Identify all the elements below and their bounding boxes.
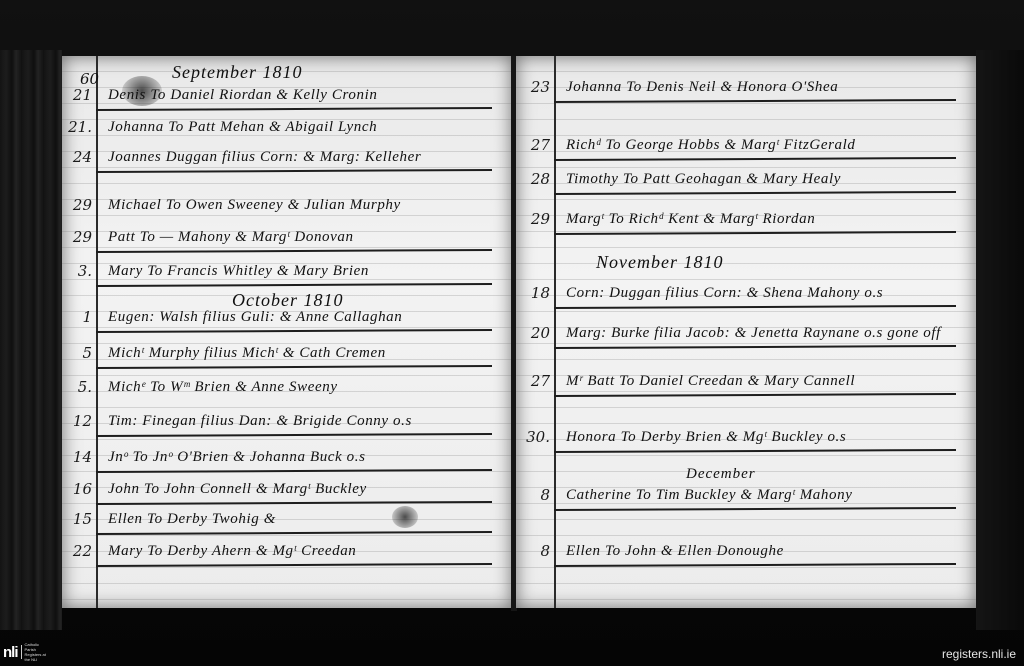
entry-text: Johanna To Patt Mehan & Abigail Lynch bbox=[98, 119, 512, 136]
register-entry: 12 Tim: Finegan filius Dan: & Brigide Co… bbox=[62, 412, 512, 430]
register-entry: 24 Joannes Duggan filius Corn: & Marg: K… bbox=[62, 148, 512, 166]
entry-day: 21 bbox=[62, 86, 98, 104]
entry-text: Ellen To Derby Twohig & bbox=[98, 511, 512, 528]
entry-day: 23 bbox=[516, 78, 556, 96]
entry-day: 28 bbox=[516, 170, 556, 188]
entry-text: John To John Connell & Margᵗ Buckley bbox=[98, 481, 512, 498]
entry-text: Corn: Duggan filius Corn: & Shena Mahony… bbox=[556, 285, 976, 302]
entry-text: Honora To Derby Brien & Mgᵗ Buckley o.s bbox=[556, 429, 976, 446]
register-entry: 14 Jnᵒ To Jnᵒ O'Brien & Johanna Buck o.s bbox=[62, 448, 512, 466]
entry-text: Joannes Duggan filius Corn: & Marg: Kell… bbox=[98, 149, 512, 166]
entry-text: Mʳ Batt To Daniel Creedan & Mary Cannell bbox=[556, 373, 976, 390]
entry-text: Michᵉ To Wᵐ Brien & Anne Sweeny bbox=[98, 379, 512, 396]
register-entry: 21 Denis To Daniel Riordan & Kelly Croni… bbox=[62, 86, 512, 104]
entry-text: Denis To Daniel Riordan & Kelly Cronin bbox=[98, 87, 512, 104]
month-heading-december: December bbox=[686, 466, 756, 483]
nli-logo-text: Catholic Parish Registers at the NLI bbox=[25, 642, 47, 662]
entry-day: 27 bbox=[516, 372, 556, 390]
entry-day: 22 bbox=[62, 542, 98, 560]
image-viewer: 60 September 1810 21 Denis To Daniel Rio… bbox=[0, 0, 1024, 666]
register-entry: 23 Johanna To Denis Neil & Honora O'Shea bbox=[516, 78, 976, 96]
register-entry: 8 Ellen To John & Ellen Donoughe bbox=[516, 542, 976, 560]
register-entry: 1 Eugen: Walsh filius Guli: & Anne Calla… bbox=[62, 308, 512, 326]
register-entry: 21. Johanna To Patt Mehan & Abigail Lync… bbox=[62, 118, 512, 136]
entry-day: 12 bbox=[62, 412, 98, 430]
entry-text: Tim: Finegan filius Dan: & Brigide Conny… bbox=[98, 413, 512, 430]
register-entry: 3. Mary To Francis Whitley & Mary Brien bbox=[62, 262, 512, 280]
register-entry: 27 Mʳ Batt To Daniel Creedan & Mary Cann… bbox=[516, 372, 976, 390]
register-entry: 16 John To John Connell & Margᵗ Buckley bbox=[62, 480, 512, 498]
register-entry: 28 Timothy To Patt Geohagan & Mary Healy bbox=[516, 170, 976, 188]
entry-text: Ellen To John & Ellen Donoughe bbox=[556, 543, 976, 560]
entry-day: 8 bbox=[516, 486, 556, 504]
entry-text: Mary To Francis Whitley & Mary Brien bbox=[98, 263, 512, 280]
month-heading-november: November 1810 bbox=[596, 252, 723, 273]
entry-day: 29 bbox=[62, 228, 98, 246]
register-entry: 29 Michael To Owen Sweeney & Julian Murp… bbox=[62, 196, 512, 214]
entry-text: Margᵗ To Richᵈ Kent & Margᵗ Riordan bbox=[556, 211, 976, 228]
entry-text: Eugen: Walsh filius Guli: & Anne Callagh… bbox=[98, 309, 512, 326]
register-entry: 5. Michᵉ To Wᵐ Brien & Anne Sweeny bbox=[62, 378, 512, 396]
entry-text: Catherine To Tim Buckley & Margᵗ Mahony bbox=[556, 487, 976, 504]
entry-text: Richᵈ To George Hobbs & Margᵗ FitzGerald bbox=[556, 137, 976, 154]
entry-day: 27 bbox=[516, 136, 556, 154]
entry-day: 24 bbox=[62, 148, 98, 166]
entry-day: 30. bbox=[516, 428, 556, 446]
entry-day: 14 bbox=[62, 448, 98, 466]
register-entry: 5 Michᵗ Murphy filius Michᵗ & Cath Creme… bbox=[62, 344, 512, 362]
book-binding-left bbox=[0, 50, 62, 630]
site-url: registers.nli.ie bbox=[942, 647, 1016, 661]
entry-day: 5. bbox=[62, 378, 98, 396]
register-entry: 30. Honora To Derby Brien & Mgᵗ Buckley … bbox=[516, 428, 976, 446]
register-entry: 29 Patt To — Mahony & Margᵗ Donovan bbox=[62, 228, 512, 246]
entry-text: Timothy To Patt Geohagan & Mary Healy bbox=[556, 171, 976, 188]
entry-text: Michael To Owen Sweeney & Julian Murphy bbox=[98, 197, 512, 214]
entry-day: 15 bbox=[62, 510, 98, 528]
book-binding-right bbox=[976, 50, 1024, 630]
entry-day: 1 bbox=[62, 308, 98, 326]
entry-day: 3. bbox=[62, 262, 98, 280]
entry-day: 18 bbox=[516, 284, 556, 302]
register-entry: 29 Margᵗ To Richᵈ Kent & Margᵗ Riordan bbox=[516, 210, 976, 228]
register-page-right: 23 Johanna To Denis Neil & Honora O'Shea… bbox=[516, 56, 976, 608]
register-page-left: 60 September 1810 21 Denis To Daniel Rio… bbox=[62, 56, 512, 608]
entry-text: Marg: Burke filia Jacob: & Jenetta Rayna… bbox=[556, 325, 976, 342]
nli-logo: nli Catholic Parish Registers at the NLI bbox=[3, 642, 47, 662]
entry-text: Jnᵒ To Jnᵒ O'Brien & Johanna Buck o.s bbox=[98, 449, 512, 466]
register-entry: 20 Marg: Burke filia Jacob: & Jenetta Ra… bbox=[516, 324, 976, 342]
entry-day: 8 bbox=[516, 542, 556, 560]
entry-day: 20 bbox=[516, 324, 556, 342]
register-entry: 22 Mary To Derby Ahern & Mgᵗ Creedan bbox=[62, 542, 512, 560]
nli-logo-mark: nli bbox=[3, 644, 18, 661]
register-entry: 15 Ellen To Derby Twohig & bbox=[62, 510, 512, 528]
month-heading-september: September 1810 bbox=[172, 62, 302, 83]
entry-day: 16 bbox=[62, 480, 98, 498]
register-entry: 8 Catherine To Tim Buckley & Margᵗ Mahon… bbox=[516, 486, 976, 504]
entry-text: Michᵗ Murphy filius Michᵗ & Cath Cremen bbox=[98, 345, 512, 362]
entry-day: 29 bbox=[516, 210, 556, 228]
entry-day: 29 bbox=[62, 196, 98, 214]
entry-text: Patt To — Mahony & Margᵗ Donovan bbox=[98, 229, 512, 246]
register-entry: 27 Richᵈ To George Hobbs & Margᵗ FitzGer… bbox=[516, 136, 976, 154]
entry-day: 5 bbox=[62, 344, 98, 362]
entry-text: Mary To Derby Ahern & Mgᵗ Creedan bbox=[98, 543, 512, 560]
entry-text: Johanna To Denis Neil & Honora O'Shea bbox=[556, 79, 976, 96]
logo-divider bbox=[21, 645, 22, 659]
register-entry: 18 Corn: Duggan filius Corn: & Shena Mah… bbox=[516, 284, 976, 302]
entry-day: 21. bbox=[62, 118, 98, 136]
